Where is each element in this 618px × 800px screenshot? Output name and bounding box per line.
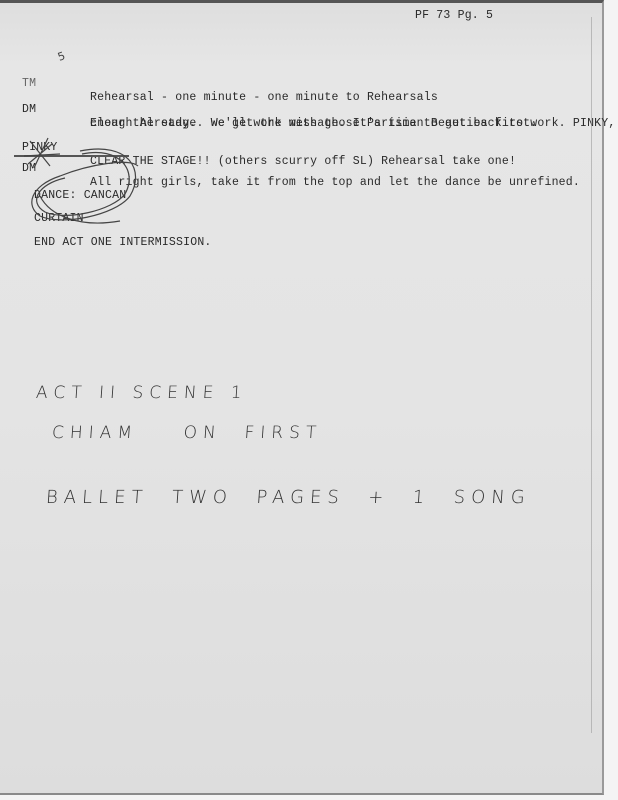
script-line: END ACT ONE INTERMISSION. xyxy=(0,222,28,264)
strikethrough-line xyxy=(14,155,129,157)
handwritten-note: ACT II SCENE 1 xyxy=(35,383,248,403)
dialogue-text: All right girls, take it from the top an… xyxy=(90,176,580,190)
stage-direction: END ACT ONE INTERMISSION. xyxy=(34,236,212,250)
speaker-label: DM xyxy=(22,162,36,176)
dialogue-text: clear the stage. We'll work with those P… xyxy=(90,117,537,131)
margin-mark: 5 xyxy=(56,49,67,64)
handwritten-note: BALLET TWO PAGES + 1 SONG xyxy=(45,487,531,508)
page-reference: PF 73 Pg. 5 xyxy=(415,9,493,23)
dialogue-text: Rehearsal - one minute - one minute to R… xyxy=(90,91,438,105)
script-page: PF 73 Pg. 5 5 TM Rehearsal - one minute … xyxy=(0,0,604,795)
stage-direction: CURTAIN xyxy=(34,212,84,226)
dialogue-text: CLEAR THE STAGE!! (others scurry off SL)… xyxy=(90,155,516,169)
handwritten-note: CHIAM ON FIRST xyxy=(51,423,323,443)
stage-direction: DANCE: CANCAN xyxy=(34,189,126,203)
